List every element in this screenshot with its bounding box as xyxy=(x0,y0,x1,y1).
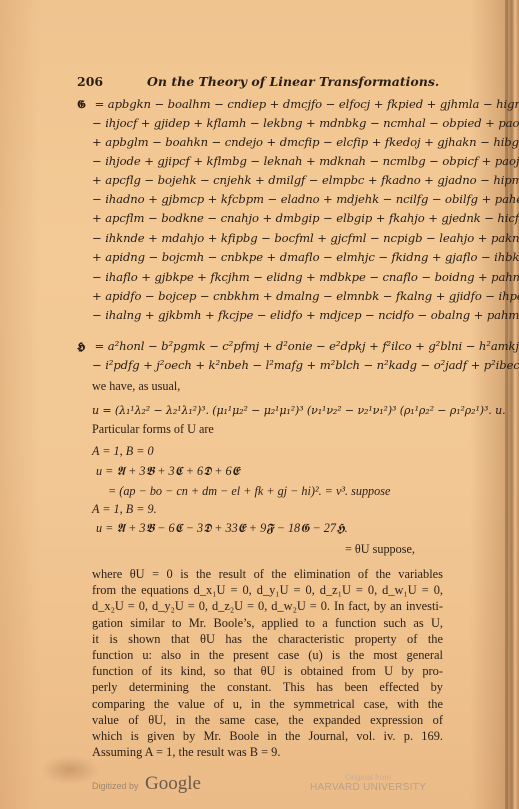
g-expression-line-12: − ihalng + gjkbmh + fkcjpe − elidfo + md… xyxy=(92,308,519,322)
paragraph-line: value of θU, in the same case, the expan… xyxy=(92,712,443,728)
g-expression-line-1: 𝕲 = apbgkn − boalhm − cndiep + dmcjfo − … xyxy=(77,97,519,112)
g-expression-line-5: + apcflg − bojehk − cnjehk + dmilgf − el… xyxy=(92,173,519,187)
case1-u: u = 𝕬 + 3𝕭 + 3𝕮 + 6𝕯 + 6𝕰 xyxy=(96,464,240,479)
g-expression-line-7: + apcflm − bodkne − cnahjo + dmbgip − el… xyxy=(92,211,519,225)
we-have-text: we have, as usual, xyxy=(92,379,180,394)
h-expression-line-2: − i²pdfg + j²oech + k²nbeh − l²mafg + m²… xyxy=(92,358,519,372)
g-expression-line-10: − ihaflo + gjbkpe + fkcjhm − elidng + md… xyxy=(92,270,519,284)
digitized-by-label: Digitized by xyxy=(92,781,139,791)
equation-text: = a²honl − b²pgmk − c²pfmj + d²onie − e²… xyxy=(95,339,519,353)
running-title: On the Theory of Linear Transformations. xyxy=(147,74,439,89)
paragraph-line: which is given by Mr. Boole in the Journ… xyxy=(92,728,443,744)
u-formula: u = (λ₁¹λ₂² − λ₂¹λ₁²)³. (μ₁¹μ₂² − μ₂¹μ₁²… xyxy=(92,404,505,417)
paragraph-line: where θU = 0 is the result of the elimin… xyxy=(92,566,443,582)
g-expression-line-11: + apidfo − bojcep − cnbkhm + dmalng − el… xyxy=(92,289,519,303)
thumb-shadow xyxy=(40,755,100,785)
h-symbol: 𝕳 xyxy=(77,339,91,354)
original-from-watermark: Original from HARVARD UNIVERSITY xyxy=(310,773,426,793)
explanation-paragraph: where θU = 0 is the result of the elimin… xyxy=(92,566,443,760)
g-expression-line-8: − ihknde + mdahjo + kfipbg − bocfml + gj… xyxy=(92,231,519,245)
g-expression-line-2: − ihjocf + gjidep + kflamh − lekbng + md… xyxy=(92,116,519,130)
page-number: 206 xyxy=(77,74,103,89)
paragraph-line: comparing the value of u, in the symmetr… xyxy=(92,696,443,712)
paragraph-line: d_x₂U = 0, d_y₂U = 0, d_z₂U = 0, d_w₂U =… xyxy=(92,598,443,614)
g-expression-line-6: − ihadno + gjbmcp + kfcbpm − eladno + md… xyxy=(92,192,519,206)
g-expression-line-9: + apidng − bojcmh − cnbkpe + dmaflo − el… xyxy=(92,250,519,264)
h-expression-line-1: 𝕳 = a²honl − b²pgmk − c²pfmj + d²onie − … xyxy=(77,339,519,354)
paragraph-line: gation similar to Mr. Boole’s, applied t… xyxy=(92,615,443,631)
case2-condition: A = 1, B = 9. xyxy=(92,502,157,517)
paragraph-line: function u: also in the present case (u)… xyxy=(92,647,443,663)
paragraph-line: Assuming A = 1, the result was B = 9. xyxy=(92,744,443,760)
original-from-label: Original from xyxy=(310,773,426,782)
case2-u: u = 𝕬 + 3𝕭 − 6𝕮 − 3𝕯 + 33𝕰 + 9𝕱 − 18𝕲 − … xyxy=(96,521,348,536)
paragraph-line: from the equations d_x₁U = 0, d_y₁U = 0,… xyxy=(92,582,443,598)
particular-forms-text: Particular forms of U are xyxy=(92,422,214,437)
digitized-by-watermark: Digitized by Google xyxy=(92,773,201,795)
g-expression-line-3: + apbglm − boahkn − cndejo + dmcfip − el… xyxy=(92,135,519,149)
g-expression-line-4: − ihjode + gjipcf + kflmbg − leknah + md… xyxy=(92,154,519,168)
paragraph-line: function of its kind, so that θU is obta… xyxy=(92,663,443,679)
scanned-book-page: 206 On the Theory of Linear Transformati… xyxy=(0,0,519,809)
institution-name: HARVARD UNIVERSITY xyxy=(310,782,426,793)
case1-equation: = (ap − bo − cn + dm − el + fk + gj − hi… xyxy=(108,484,390,499)
paragraph-line: perly determining the constant. This has… xyxy=(92,679,443,695)
case1-condition: A = 1, B = 0 xyxy=(92,444,154,459)
paragraph-line: it is shown that θU has the characterist… xyxy=(92,631,443,647)
equation-text: = apbgkn − boalhm − cndiep + dmcjfo − el… xyxy=(95,97,519,111)
google-logo: Google xyxy=(145,773,201,794)
case2-equation: = θU suppose, xyxy=(345,542,415,557)
g-symbol: 𝕲 xyxy=(77,97,91,112)
